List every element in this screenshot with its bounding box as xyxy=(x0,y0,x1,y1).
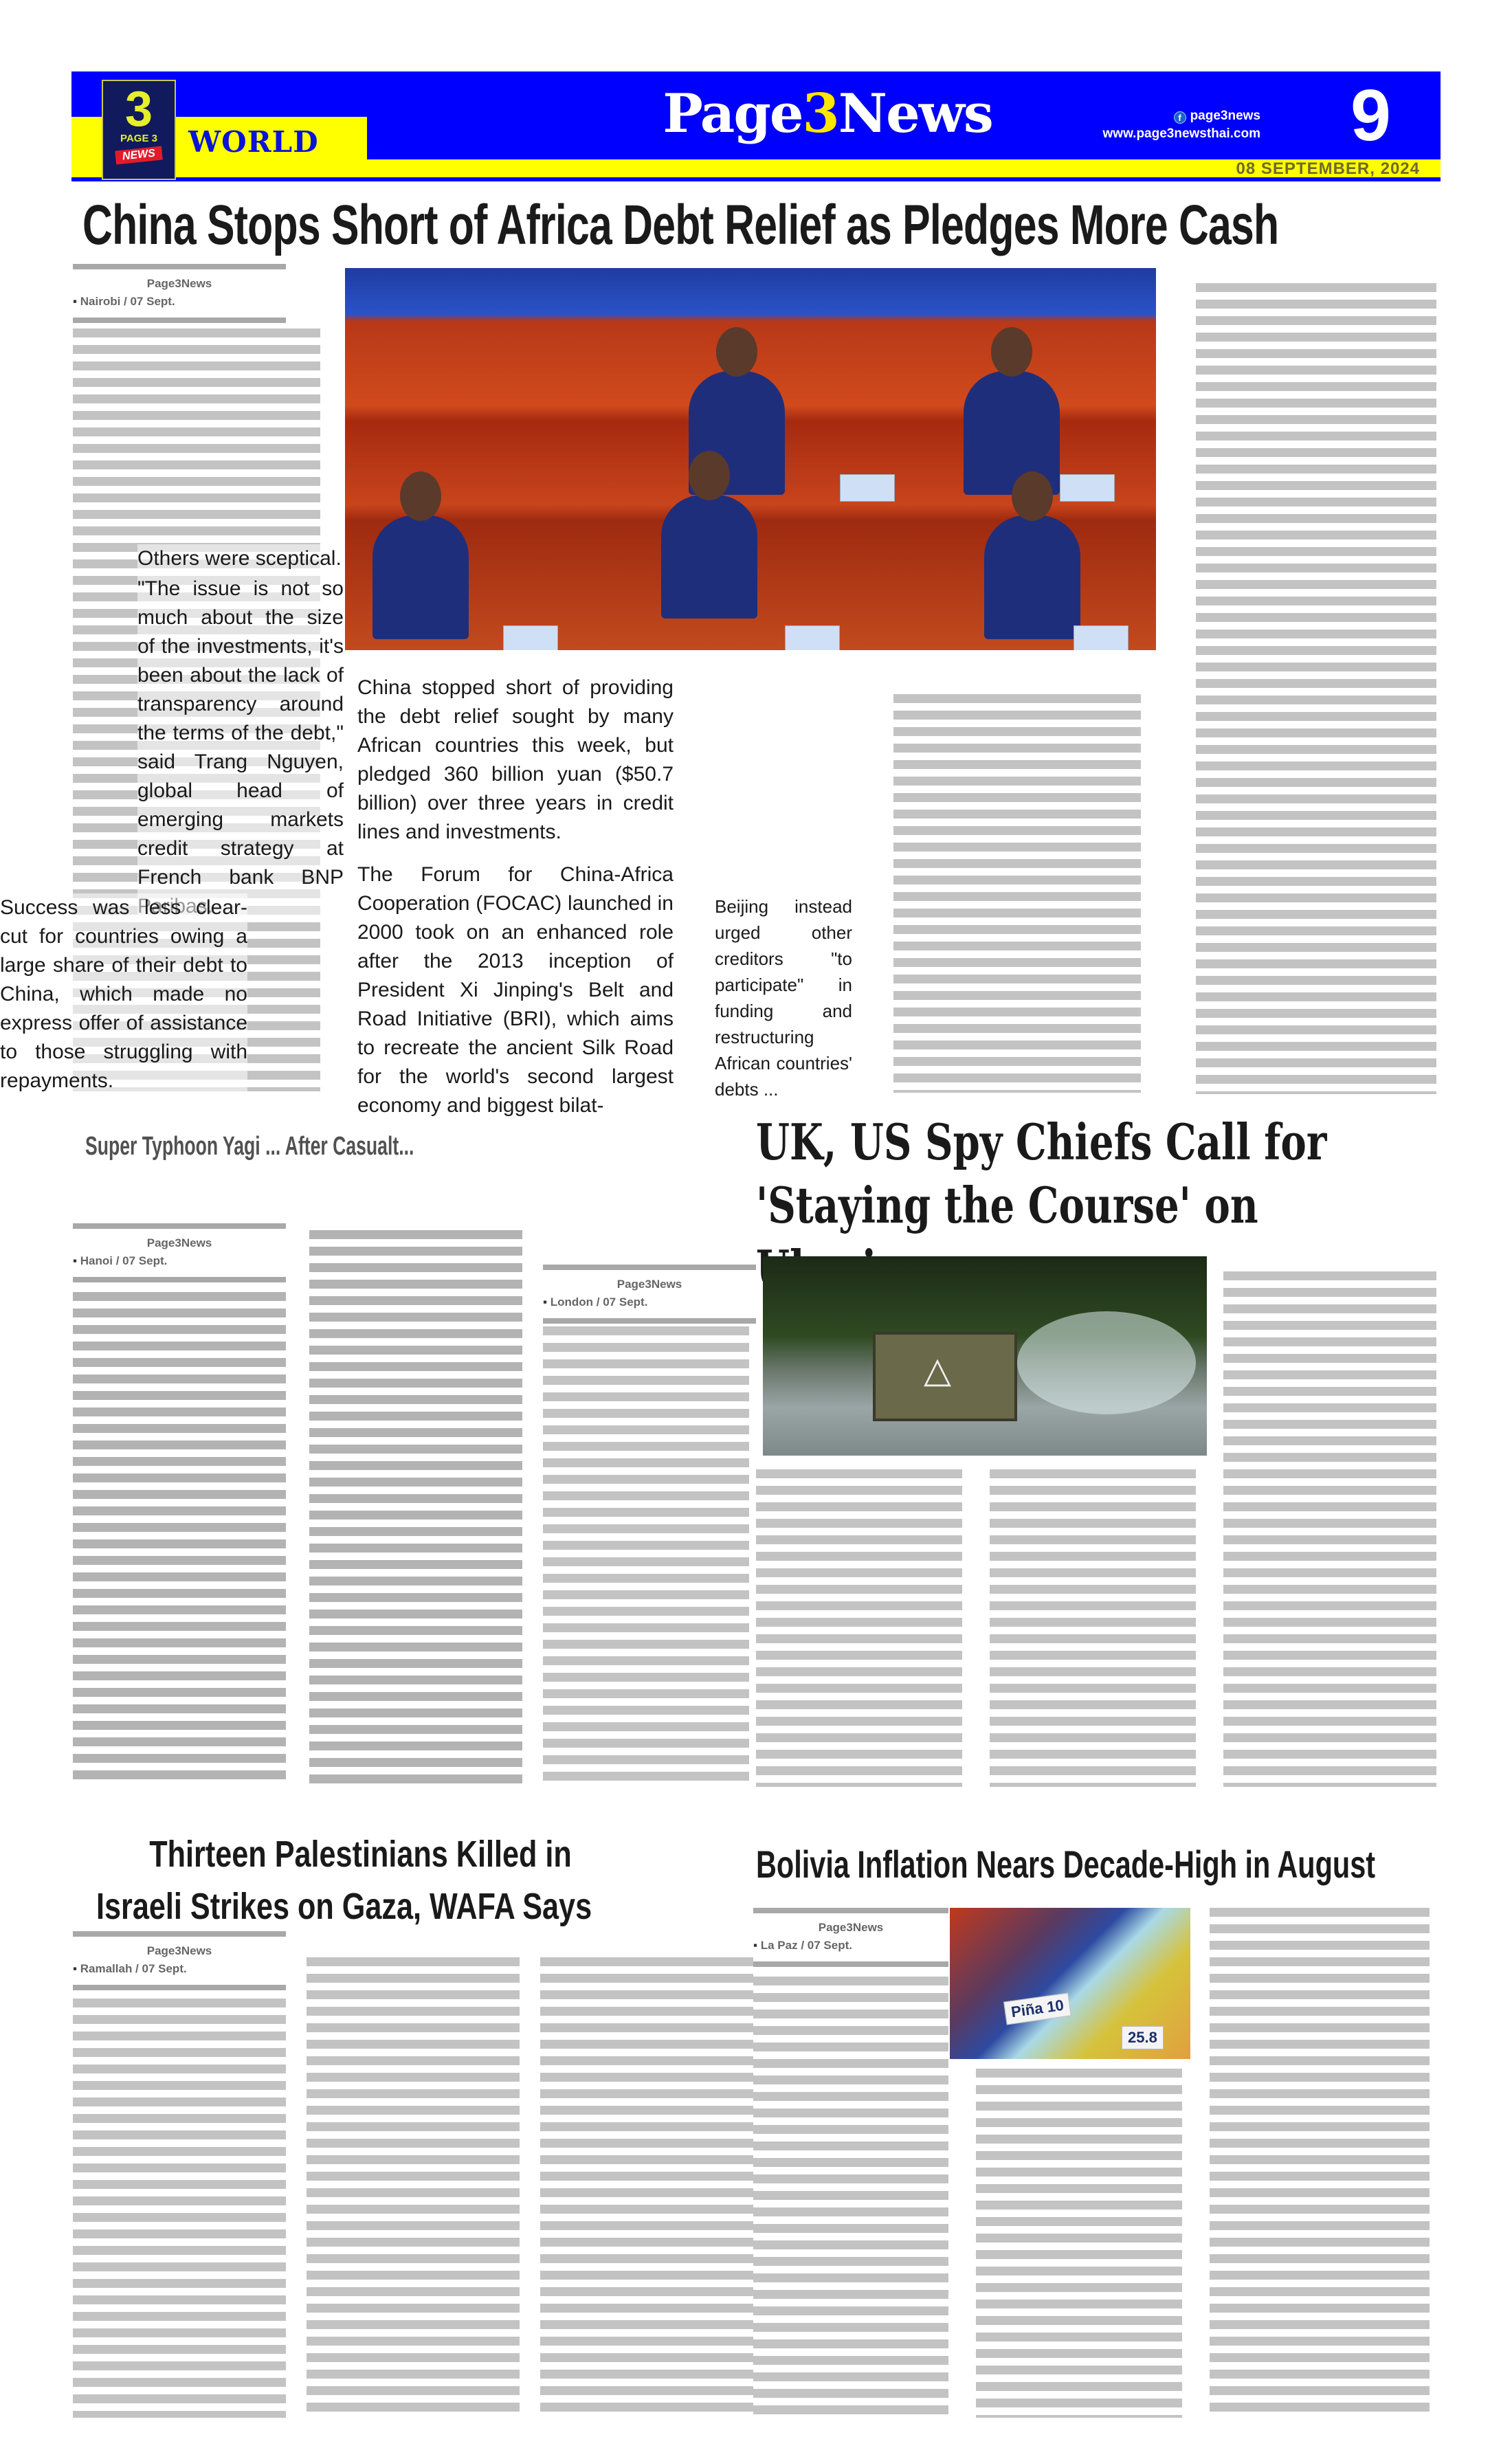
china-lead-paragraph: China stopped short of providing the deb… xyxy=(357,674,674,1122)
price-tag: 25.8 xyxy=(1122,2026,1164,2049)
photo-figure xyxy=(373,515,469,639)
headline-china-africa: China Stops Short of Africa Debt Relief … xyxy=(82,194,1278,257)
headline-bolivia: Bolivia Inflation Nears Decade-High in A… xyxy=(756,1842,1375,1887)
dateline-ukus: Page3News London / 07 Sept. xyxy=(543,1265,756,1324)
title-number: 3 xyxy=(803,82,838,145)
article-column-china-4 xyxy=(1196,283,1436,1094)
photo-figure xyxy=(984,515,1080,639)
dateline-text: Nairobi / 07 Sept. xyxy=(73,295,175,308)
armored-vehicle-photo xyxy=(763,1256,1207,1456)
dateline-text: La Paz / 07 Sept. xyxy=(753,1939,852,1952)
issue-date: 08 SEPTEMBER, 2024 xyxy=(1236,159,1420,179)
article-column-bolivia-2 xyxy=(976,2069,1182,2418)
dateline-china-africa: Page3News Nairobi / 07 Sept. xyxy=(73,264,286,323)
facebook-icon: f xyxy=(1174,111,1186,124)
article-column-bolivia-3 xyxy=(1210,1908,1430,2418)
china-lead-beijing: Beijing instead urged other creditors "t… xyxy=(715,893,852,1104)
article-column-ukus-3 xyxy=(990,1469,1196,1787)
market-stall-photo: Piña 10 25.8 xyxy=(950,1908,1190,2059)
article-column-typhoon-1 xyxy=(73,1292,286,1787)
photo-figure xyxy=(964,371,1060,495)
website-link[interactable]: www.page3newsthai.com xyxy=(1103,125,1260,143)
dateline-gaza: Page3News Ramallah / 07 Sept. xyxy=(73,1931,286,1990)
masthead: 3 PAGE 3 NEWS WORLD Page3News fpage3news… xyxy=(71,71,1441,181)
article-column-gaza-3 xyxy=(540,1957,753,2418)
article-column-gaza-2 xyxy=(307,1957,520,2418)
paragraph: Others were sceptical. xyxy=(137,544,344,573)
agency-name: Page3News xyxy=(543,1276,756,1293)
china-lead-quote: Others were sceptical. "The issue is not… xyxy=(137,544,344,922)
section-label: WORLD xyxy=(188,125,319,159)
article-column-bolivia-1 xyxy=(753,1977,948,2418)
title-suffix: News xyxy=(838,82,992,145)
article-column-ukus-1 xyxy=(543,1326,749,1787)
headline-typhoon: Super Typhoon Yagi ... After Casualt... xyxy=(85,1124,414,1168)
dateline-bolivia: Page3News La Paz / 07 Sept. xyxy=(753,1908,948,1967)
paragraph: Success was less clear-cut for countries… xyxy=(0,893,247,1095)
article-column-ukus-4 xyxy=(1223,1271,1436,1787)
paragraph: Beijing instead urged other creditors "t… xyxy=(715,893,852,1102)
photo-figure xyxy=(661,495,757,619)
paragraph: "The issue is not so much about the size… xyxy=(137,575,344,921)
agency-name: Page3News xyxy=(753,1919,948,1937)
agency-name: Page3News xyxy=(73,275,286,293)
article-column-typhoon-2 xyxy=(309,1230,522,1787)
photo-placard xyxy=(785,625,840,650)
paragraph: The Forum for China-Africa Cooperation (… xyxy=(357,860,674,1120)
paragraph: China stopped short of providing the deb… xyxy=(357,674,674,847)
title-prefix: Page xyxy=(663,82,802,145)
headline-gaza: Thirteen Palestinians Killed in Israeli … xyxy=(96,1828,592,1933)
article-column-gaza-1 xyxy=(73,1999,286,2418)
photo-dust-cloud xyxy=(1017,1311,1196,1414)
logo-subtitle: PAGE 3 xyxy=(103,133,175,144)
photo-placard xyxy=(1060,474,1115,502)
page-number: 9 xyxy=(1350,73,1391,158)
social-info: fpage3news www.page3newsthai.com xyxy=(1103,107,1260,143)
china-lead-success: Success was less clear-cut for countries… xyxy=(0,893,247,1097)
facebook-link[interactable]: fpage3news xyxy=(1103,107,1260,125)
logo-number: 3 xyxy=(103,85,175,133)
headline-line: Thirteen Palestinians Killed in xyxy=(96,1828,592,1880)
photo-armored-vehicle xyxy=(873,1332,1017,1421)
price-tag: Piña 10 xyxy=(1003,1993,1071,2025)
photo-placard xyxy=(840,474,895,502)
logo-news-flag: NEWS xyxy=(115,146,163,165)
dateline-text: London / 07 Sept. xyxy=(543,1295,647,1309)
photo-placard xyxy=(1074,625,1129,650)
dateline-text: Hanoi / 07 Sept. xyxy=(73,1254,167,1267)
newspaper-title: Page3News xyxy=(608,81,1047,147)
agency-name: Page3News xyxy=(73,1942,286,1960)
article-column-china-3 xyxy=(893,694,1141,1093)
agency-name: Page3News xyxy=(73,1234,286,1252)
forum-delegates-photo xyxy=(345,268,1156,650)
dateline-text: Ramallah / 07 Sept. xyxy=(73,1962,187,1975)
photo-placard xyxy=(503,625,558,650)
article-column-ukus-2 xyxy=(756,1469,962,1787)
headline-line: Israeli Strikes on Gaza, WAFA Says xyxy=(96,1880,592,1933)
dateline-typhoon: Page3News Hanoi / 07 Sept. xyxy=(73,1223,286,1282)
facebook-handle: page3news xyxy=(1190,109,1260,123)
page3-logo: 3 PAGE 3 NEWS xyxy=(102,80,176,180)
